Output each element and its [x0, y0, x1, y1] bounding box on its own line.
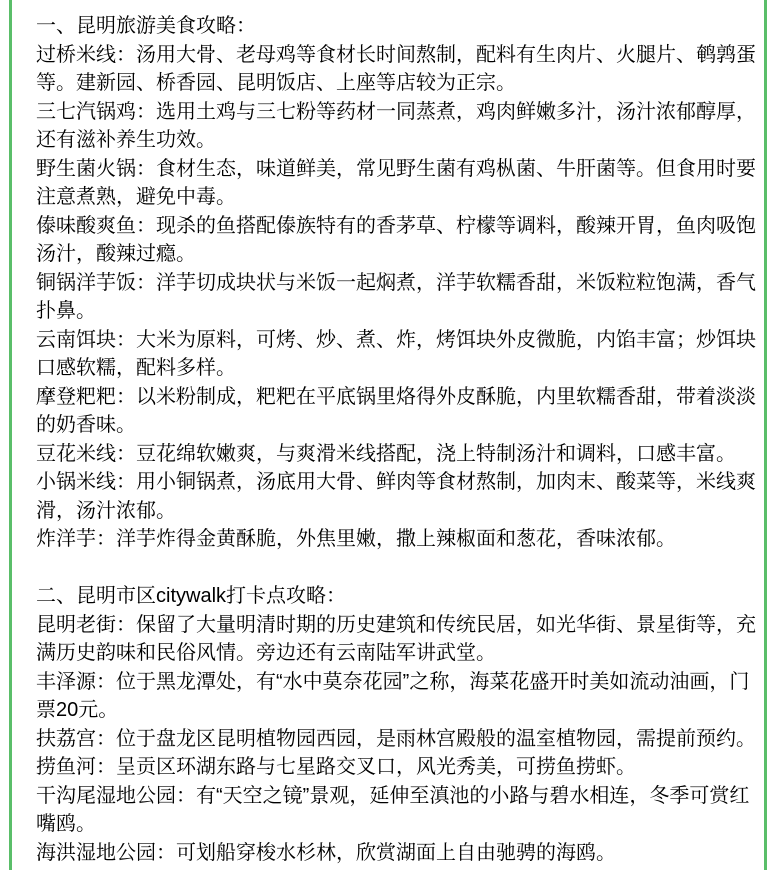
right-green-border-line: [764, 0, 767, 870]
spot-item-kunming-laojie: 昆明老街：保留了大量明清时期的历史建筑和传统民居，如光华街、景星街等，充满历史韵…: [36, 611, 758, 668]
food-item-xiaoguo-mixian: 小锅米线：用小铜锅煮，汤底用大骨、鲜肉等食材熬制，加肉末、酸菜等，米线爽滑，汤汁…: [36, 468, 758, 525]
document-content: 一、昆明旅游美食攻略： 过桥米线：汤用大骨、老母鸡等食材长时间熬制，配料有生肉片…: [36, 12, 758, 867]
section-2-heading: 二、昆明市区citywalk打卡点攻略：: [36, 582, 758, 611]
spot-item-fuligong: 扶荔宫：位于盘龙区昆明植物园西园，是雨林宫殿般的温室植物园，需提前预约。: [36, 725, 758, 754]
food-item-modeng-baba: 摩登粑粑：以米粉制成，粑粑在平底锅里烙得外皮酥脆，内里软糯香甜，带着淡淡的奶香味…: [36, 383, 758, 440]
food-item-zha-yangyu: 炸洋芋：洋芋炸得金黄酥脆，外焦里嫩，撒上辣椒面和葱花，香味浓郁。: [36, 525, 758, 554]
food-item-yunnan-erkuai: 云南饵块：大米为原料，可烤、炒、煮、炸，烤饵块外皮微脆，内馅丰富；炒饵块口感软糯…: [36, 326, 758, 383]
food-item-douhua-mixian: 豆花米线：豆花绵软嫩爽，与爽滑米线搭配，浇上特制汤汁和调料，口感丰富。: [36, 440, 758, 469]
spot-item-gangouwei-shidi-gongyuan: 干沟尾湿地公园：有“天空之镜”景观，延伸至滇池的小路与碧水相连，冬季可赏红嘴鸥。: [36, 782, 758, 839]
food-item-daiwei-suanshuangyu: 傣味酸爽鱼：现杀的鱼搭配傣族特有的香茅草、柠檬等调料，酸辣开胃，鱼肉吸饱汤汁，酸…: [36, 212, 758, 269]
food-item-tongguo-yangyufan: 铜锅洋芋饭：洋芋切成块状与米饭一起焖煮，洋芋软糯香甜，米饭粒粒饱满，香气扑鼻。: [36, 269, 758, 326]
food-item-yeshengjun-huoguo: 野生菌火锅：食材生态，味道鲜美，常见野生菌有鸡枞菌、牛肝菌等。但食用时要注意煮熟…: [36, 155, 758, 212]
document-page: 一、昆明旅游美食攻略： 过桥米线：汤用大骨、老母鸡等食材长时间熬制，配料有生肉片…: [0, 0, 780, 870]
section-separator-blank-line: [36, 554, 758, 583]
spot-item-fengzeyuan: 丰泽源：位于黑龙潭处，有“水中莫奈花园”之称，海菜花盛开时美如流动油画，门票20…: [36, 668, 758, 725]
section-1-heading: 一、昆明旅游美食攻略：: [36, 12, 758, 41]
spot-item-haihong-shidi-gongyuan: 海洪湿地公园：可划船穿梭水杉林，欣赏湖面上自由驰骋的海鸥。: [36, 839, 758, 868]
spot-item-laoyuhe: 捞鱼河：呈贡区环湖东路与七星路交叉口，风光秀美，可捞鱼捞虾。: [36, 753, 758, 782]
left-green-border-line: [9, 0, 12, 870]
food-item-sanqi-qiguoji: 三七汽锅鸡：选用土鸡与三七粉等药材一同蒸煮，鸡肉鲜嫩多汁，汤汁浓郁醇厚，还有滋补…: [36, 98, 758, 155]
food-item-guoqiao-mixian: 过桥米线：汤用大骨、老母鸡等食材长时间熬制，配料有生肉片、火腿片、鹌鹑蛋等。建新…: [36, 41, 758, 98]
